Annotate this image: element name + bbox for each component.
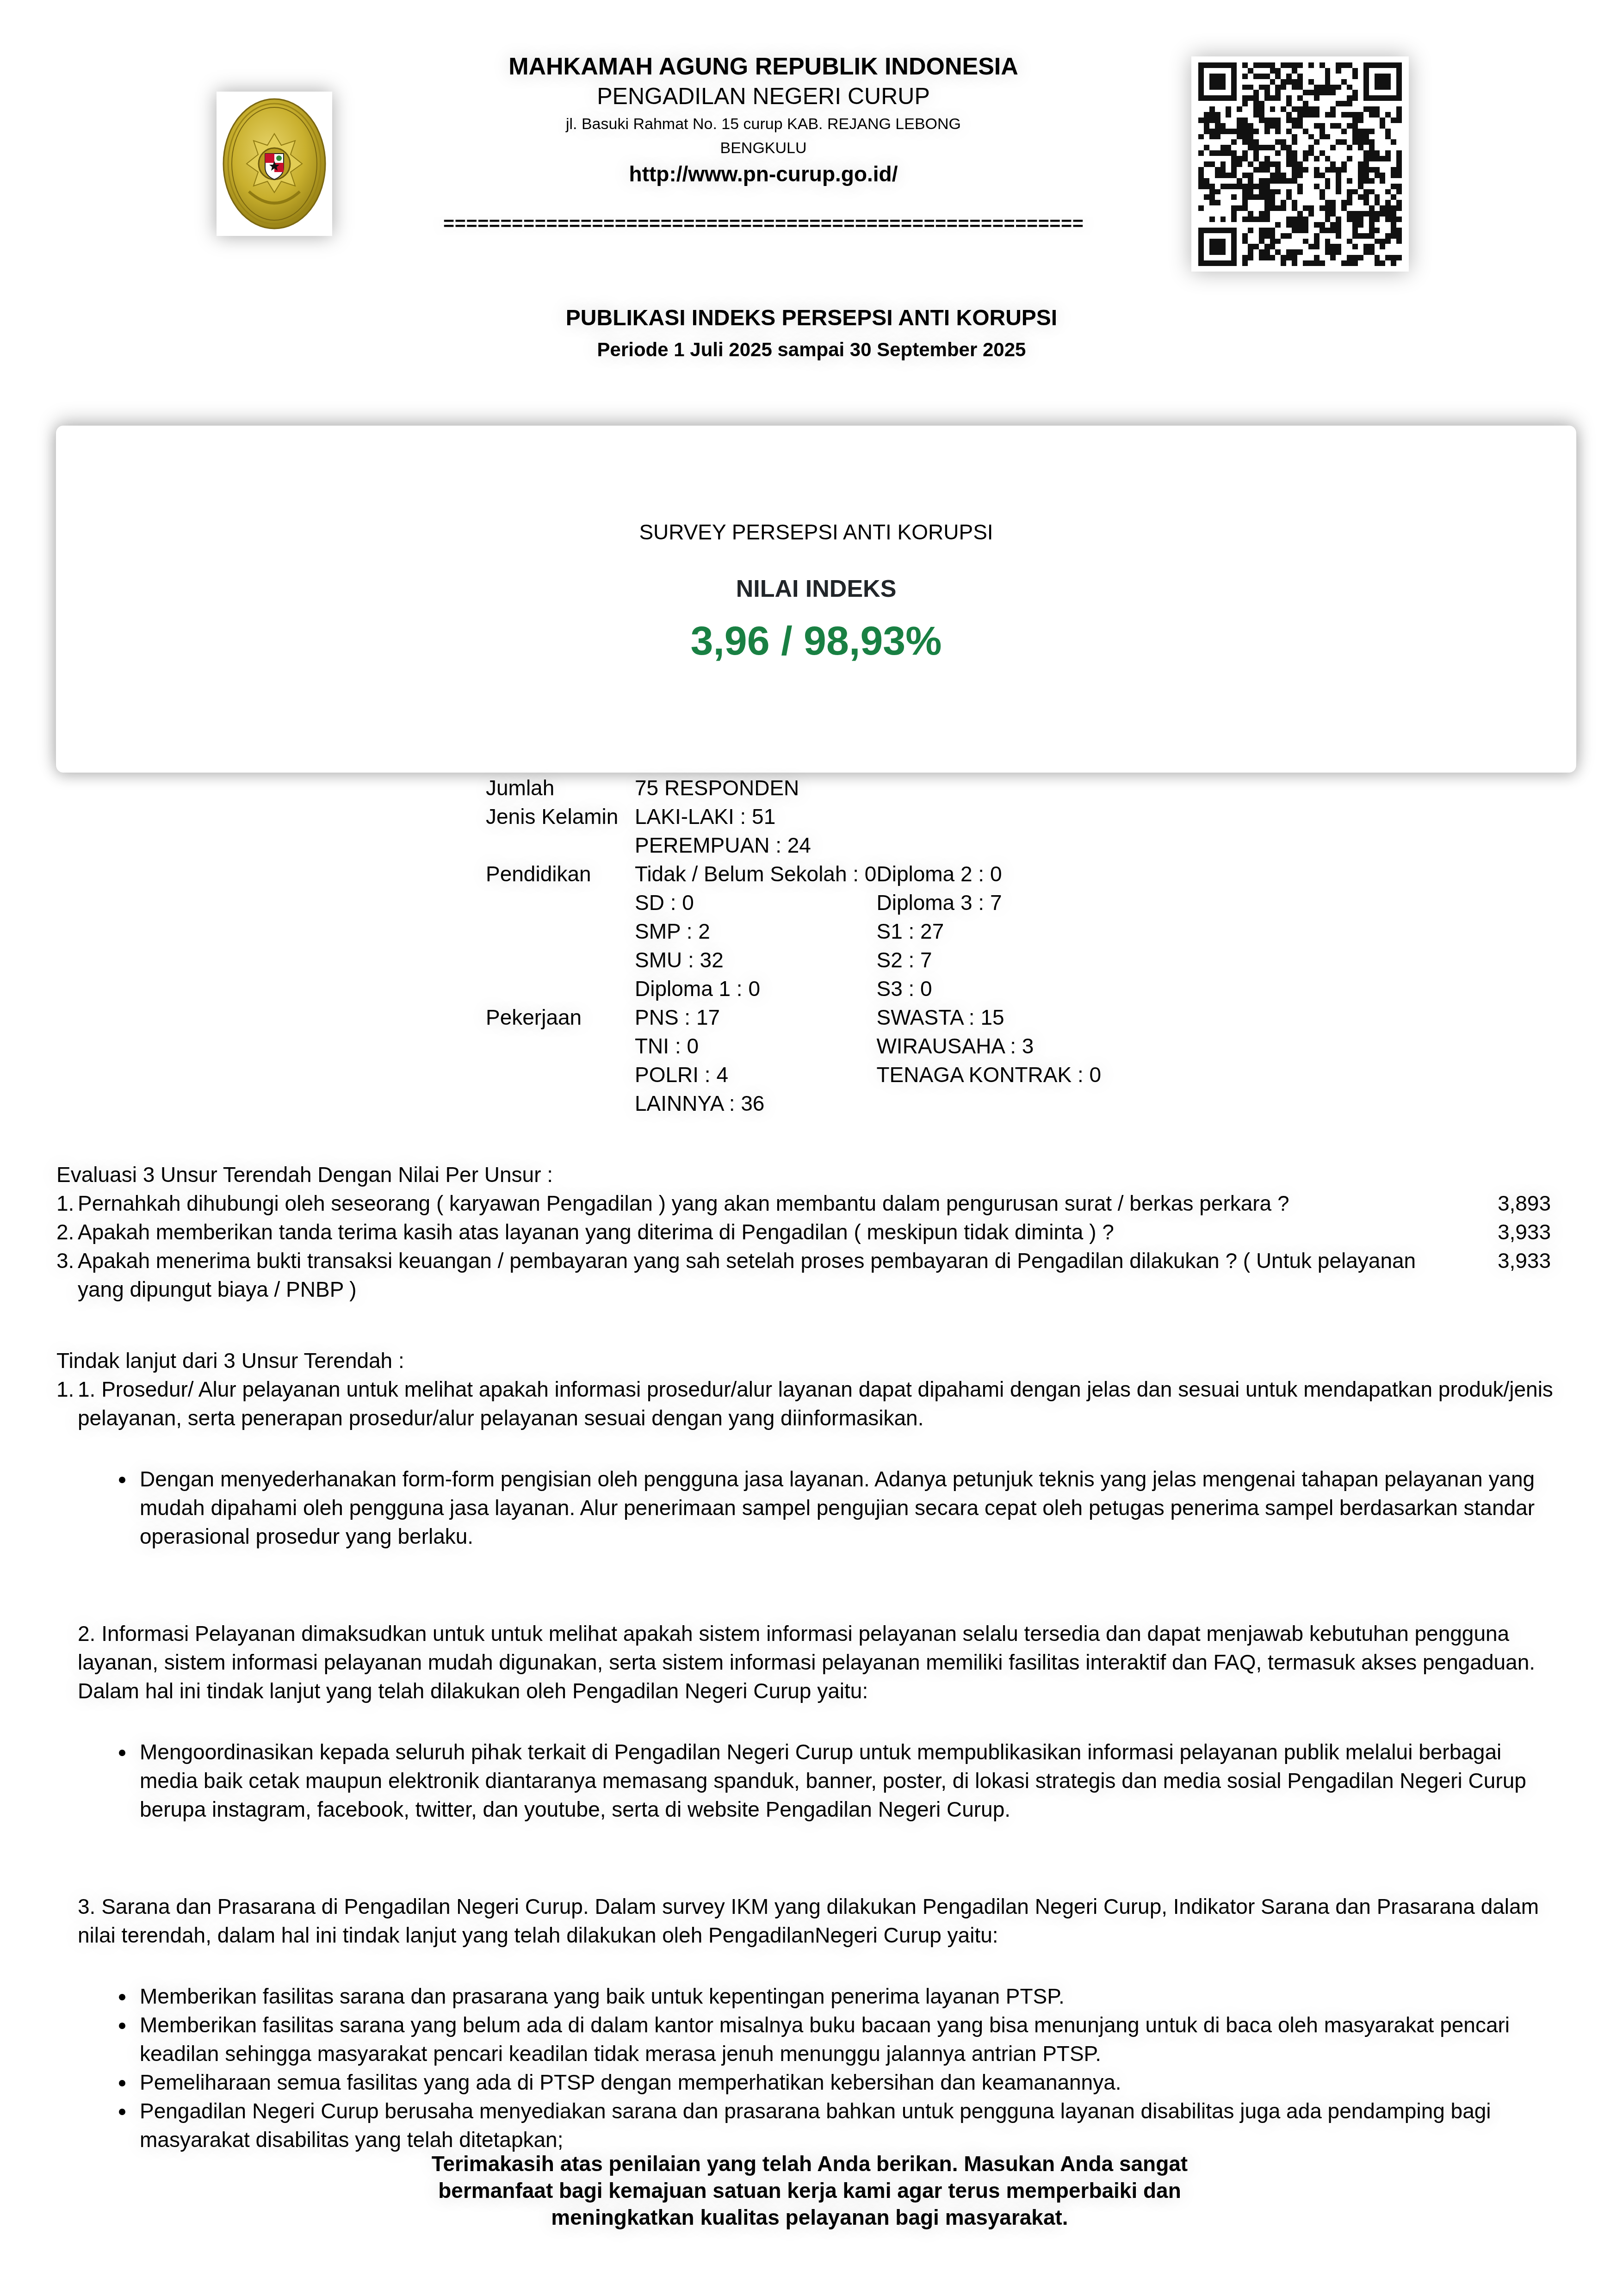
- follow-up-bullets-3: Memberikan fasilitas sarana dan prasaran…: [56, 1982, 1560, 2154]
- respondent-summary: Jumlah 75 RESPONDEN Jenis Kelamin LAKI-L…: [486, 774, 1101, 1118]
- address-line-2: BENGKULU: [352, 137, 1175, 159]
- bullet-item: Mengoordinasikan kepada seluruh pihak te…: [135, 1738, 1560, 1824]
- education-item: S1 : 27: [876, 917, 1101, 946]
- occupation-item: TNI : 0: [635, 1032, 876, 1060]
- education-item: SMU : 32: [635, 946, 876, 974]
- evaluation-score: 3,933: [1486, 1246, 1551, 1304]
- website-link[interactable]: http://www.pn-curup.go.id/: [352, 159, 1175, 189]
- follow-up-bullets-2: Mengoordinasikan kepada seluruh pihak te…: [56, 1738, 1560, 1824]
- publication-title: PUBLIKASI INDEKS PERSEPSI ANTI KORUPSI: [0, 302, 1623, 335]
- address-line-1: jl. Basuki Rahmat No. 15 curup KAB. REJA…: [352, 113, 1175, 135]
- bullet-item: Pengadilan Negeri Curup berusaha menyedi…: [135, 2097, 1560, 2154]
- header-separator: ========================================…: [339, 217, 1187, 235]
- organization-name: MAHKAMAH AGUNG REPUBLIK INDONESIA: [352, 52, 1175, 81]
- occupation-item: PNS : 17: [635, 1003, 876, 1032]
- court-logo: [217, 92, 332, 236]
- occupation-item: SWASTA : 15: [876, 1003, 1101, 1032]
- evaluation-item: 2. Apakah memberikan tanda terima kasih …: [56, 1218, 1551, 1246]
- qr-code[interactable]: [1191, 56, 1409, 272]
- education-item: Diploma 2 : 0: [876, 860, 1101, 888]
- evaluation-section: Evaluasi 3 Unsur Terendah Dengan Nilai P…: [56, 1160, 1551, 1304]
- gender-label: Jenis Kelamin: [486, 802, 635, 831]
- survey-title: SURVEY PERSEPSI ANTI KORUPSI: [56, 518, 1576, 546]
- evaluation-item: 3. Apakah menerima bukti transaksi keuan…: [56, 1246, 1551, 1304]
- total-label: Jumlah: [486, 774, 635, 802]
- evaluation-score: 3,933: [1486, 1218, 1551, 1246]
- court-name: PENGADILAN NEGERI CURUP: [352, 81, 1175, 111]
- evaluation-score: 3,893: [1486, 1189, 1551, 1218]
- evaluation-question: Apakah menerima bukti transaksi keuangan…: [78, 1246, 1486, 1304]
- evaluation-number: 1.: [56, 1189, 78, 1218]
- follow-up-text: 1. Prosedur/ Alur pelayanan untuk meliha…: [78, 1375, 1560, 1432]
- evaluation-heading: Evaluasi 3 Unsur Terendah Dengan Nilai P…: [56, 1160, 1551, 1189]
- follow-up-number: 1.: [56, 1375, 78, 1432]
- education-item: SD : 0: [635, 888, 876, 917]
- education-item: S2 : 7: [876, 946, 1101, 974]
- evaluation-number: 3.: [56, 1246, 78, 1304]
- respondent-table: Jumlah 75 RESPONDEN Jenis Kelamin LAKI-L…: [486, 774, 1101, 1118]
- follow-up-bullets-1: Dengan menyederhanakan form-form pengisi…: [56, 1465, 1560, 1551]
- occupation-item: TENAGA KONTRAK : 0: [876, 1060, 1101, 1089]
- gender-female: PEREMPUAN : 24: [635, 831, 1101, 860]
- education-item: SMP : 2: [635, 917, 876, 946]
- education-item: Tidak / Belum Sekolah : 0: [635, 860, 876, 888]
- education-item: Diploma 3 : 7: [876, 888, 1101, 917]
- bullet-item: Dengan menyederhanakan form-form pengisi…: [135, 1465, 1560, 1551]
- bullet-item: Memberikan fasilitas sarana yang belum a…: [135, 2011, 1560, 2068]
- follow-up-heading: Tindak lanjut dari 3 Unsur Terendah :: [56, 1346, 1560, 1375]
- evaluation-item: 1. Pernahkah dihubungi oleh seseorang ( …: [56, 1189, 1551, 1218]
- letterhead: MAHKAMAH AGUNG REPUBLIK INDONESIA PENGAD…: [352, 52, 1175, 235]
- occupation-item: WIRAUSAHA : 3: [876, 1032, 1101, 1060]
- education-item: S3 : 0: [876, 974, 1101, 1003]
- bullet-item: Memberikan fasilitas sarana dan prasaran…: [135, 1982, 1560, 2011]
- occupation-item: POLRI : 4: [635, 1060, 876, 1089]
- evaluation-question: Pernahkah dihubungi oleh seseorang ( kar…: [78, 1189, 1486, 1218]
- mahkamah-agung-emblem-icon: [219, 94, 330, 233]
- follow-up-item-2: 2. Informasi Pelayanan dimaksudkan untuk…: [56, 1619, 1560, 1705]
- qr-code-icon: [1198, 62, 1402, 266]
- occupation-label: Pekerjaan: [486, 1003, 635, 1032]
- total-value: 75 RESPONDEN: [635, 774, 1101, 802]
- follow-up-section: Tindak lanjut dari 3 Unsur Terendah : 1.…: [56, 1346, 1560, 2154]
- index-label: NILAI INDEKS: [56, 574, 1576, 604]
- publication-period: Periode 1 Juli 2025 sampai 30 September …: [0, 335, 1623, 365]
- closing-message: Terimakasih atas penilaian yang telah An…: [379, 2150, 1240, 2231]
- evaluation-number: 2.: [56, 1218, 78, 1246]
- education-label: Pendidikan: [486, 860, 635, 888]
- publication-title-block: PUBLIKASI INDEKS PERSEPSI ANTI KORUPSI P…: [0, 302, 1623, 365]
- gender-male: LAKI-LAKI : 51: [635, 802, 1101, 831]
- follow-up-item-1: 1. 1. Prosedur/ Alur pelayanan untuk mel…: [56, 1375, 1560, 1432]
- follow-up-item-3: 3. Sarana dan Prasarana di Pengadilan Ne…: [56, 1892, 1560, 1949]
- education-item: Diploma 1 : 0: [635, 974, 876, 1003]
- index-value: 3,96 / 98,93%: [56, 615, 1576, 666]
- occupation-item: LAINNYA : 36: [635, 1089, 876, 1118]
- evaluation-question: Apakah memberikan tanda terima kasih ata…: [78, 1218, 1486, 1246]
- index-card: SURVEY PERSEPSI ANTI KORUPSI NILAI INDEK…: [56, 426, 1577, 773]
- bullet-item: Pemeliharaan semua fasilitas yang ada di…: [135, 2068, 1560, 2097]
